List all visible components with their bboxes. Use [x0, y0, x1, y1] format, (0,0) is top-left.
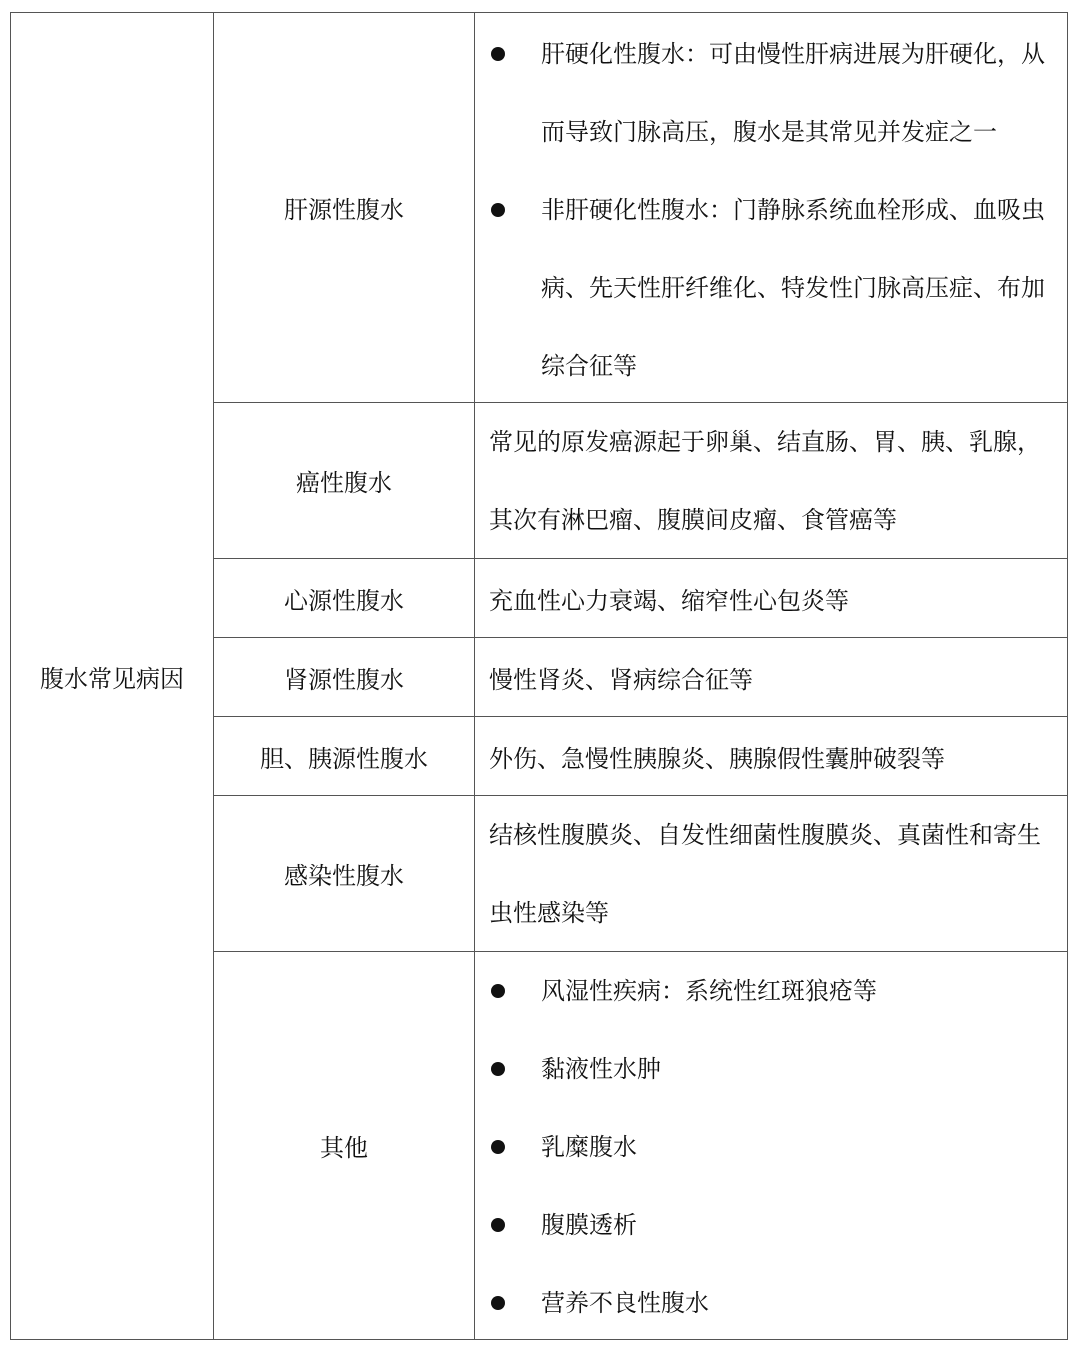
bullet-item: 非肝硬化性腹水：门静脉系统血栓形成、血吸虫病、先天性肝纤维化、特发性门脉高压症、… [489, 171, 1053, 405]
bullet-dot-icon [491, 1062, 505, 1076]
description-text: 常见的原发癌源起于卵巢、结直肠、胃、胰、乳腺，其次有淋巴瘤、腹膜间皮瘤、食管癌等 [489, 403, 1055, 559]
category-label: 癌性腹水 [296, 463, 392, 498]
category-cell: 胆、胰源性腹水 [214, 717, 475, 795]
description-cell: 慢性肾炎、肾病综合征等 [475, 638, 1067, 716]
table-row: 感染性腹水 结核性腹膜炎、自发性细菌性腹膜炎、真菌性和寄生虫性感染等 [214, 796, 1067, 952]
category-cell: 其他 [214, 952, 475, 1339]
table-row: 癌性腹水 常见的原发癌源起于卵巢、结直肠、胃、胰、乳腺，其次有淋巴瘤、腹膜间皮瘤… [214, 403, 1067, 559]
category-label: 心源性腹水 [284, 581, 404, 616]
bullet-text: 黏液性水肿 [541, 1055, 661, 1083]
table-row: 胆、胰源性腹水 外伤、急慢性胰腺炎、胰腺假性囊肿破裂等 [214, 717, 1067, 796]
description-text: 充血性心力衰竭、缩窄性心包炎等 [489, 559, 1055, 637]
main-label: 腹水常见病因 [40, 659, 184, 694]
description-cell: 肝硬化性腹水：可由慢性肝病进展为肝硬化，从而导致门脉高压，腹水是其常见并发症之一… [475, 13, 1067, 402]
bullet-item: 营养不良性腹水 [489, 1264, 1055, 1342]
bullet-text: 营养不良性腹水 [541, 1289, 709, 1317]
table-main-label-cell: 腹水常见病因 [11, 13, 214, 1339]
bullet-item: 肝硬化性腹水：可由慢性肝病进展为肝硬化，从而导致门脉高压，腹水是其常见并发症之一 [489, 15, 1053, 171]
bullet-item: 腹膜透析 [489, 1186, 1055, 1264]
bullet-item: 风湿性疾病：系统性红斑狼疮等 [489, 952, 1055, 1030]
bullet-dot-icon [491, 203, 505, 217]
category-cell: 肝源性腹水 [214, 13, 475, 402]
category-cell: 感染性腹水 [214, 796, 475, 951]
bullet-text: 肝硬化性腹水：可由慢性肝病进展为肝硬化，从而导致门脉高压，腹水是其常见并发症之一 [541, 40, 1045, 146]
bullet-item: 乳糜腹水 [489, 1108, 1055, 1186]
category-cell: 癌性腹水 [214, 403, 475, 558]
category-cell: 肾源性腹水 [214, 638, 475, 716]
table-row: 其他 风湿性疾病：系统性红斑狼疮等 黏液性水肿 乳糜腹水 腹膜透析 营养不良性腹… [214, 952, 1067, 1339]
description-cell: 结核性腹膜炎、自发性细菌性腹膜炎、真菌性和寄生虫性感染等 [475, 796, 1067, 951]
ascites-causes-table: 腹水常见病因 肝源性腹水 肝硬化性腹水：可由慢性肝病进展为肝硬化，从而导致门脉高… [10, 12, 1068, 1340]
bullet-dot-icon [491, 984, 505, 998]
table-row: 心源性腹水 充血性心力衰竭、缩窄性心包炎等 [214, 559, 1067, 638]
description-cell: 外伤、急慢性胰腺炎、胰腺假性囊肿破裂等 [475, 717, 1067, 795]
description-cell: 常见的原发癌源起于卵巢、结直肠、胃、胰、乳腺，其次有淋巴瘤、腹膜间皮瘤、食管癌等 [475, 403, 1067, 558]
description-cell: 充血性心力衰竭、缩窄性心包炎等 [475, 559, 1067, 637]
description-cell: 风湿性疾病：系统性红斑狼疮等 黏液性水肿 乳糜腹水 腹膜透析 营养不良性腹水 [475, 952, 1067, 1339]
bullet-text: 风湿性疾病：系统性红斑狼疮等 [541, 977, 877, 1005]
bullet-dot-icon [491, 1296, 505, 1310]
bullet-text: 腹膜透析 [541, 1211, 637, 1239]
description-text: 结核性腹膜炎、自发性细菌性腹膜炎、真菌性和寄生虫性感染等 [489, 796, 1055, 952]
category-label: 感染性腹水 [284, 856, 404, 891]
category-cell: 心源性腹水 [214, 559, 475, 637]
category-label: 胆、胰源性腹水 [260, 739, 428, 774]
bullet-text: 非肝硬化性腹水：门静脉系统血栓形成、血吸虫病、先天性肝纤维化、特发性门脉高压症、… [541, 196, 1045, 380]
description-text: 慢性肾炎、肾病综合征等 [489, 638, 1055, 716]
category-label: 肝源性腹水 [284, 190, 404, 225]
category-label: 其他 [320, 1128, 368, 1163]
table-row: 肝源性腹水 肝硬化性腹水：可由慢性肝病进展为肝硬化，从而导致门脉高压，腹水是其常… [214, 13, 1067, 403]
bullet-dot-icon [491, 1218, 505, 1232]
bullet-text: 乳糜腹水 [541, 1133, 637, 1161]
bullet-item: 黏液性水肿 [489, 1030, 1055, 1108]
table-row: 肾源性腹水 慢性肾炎、肾病综合征等 [214, 638, 1067, 717]
description-text: 外伤、急慢性胰腺炎、胰腺假性囊肿破裂等 [489, 717, 1055, 795]
bullet-dot-icon [491, 1140, 505, 1154]
bullet-dot-icon [491, 47, 505, 61]
category-label: 肾源性腹水 [284, 660, 404, 695]
